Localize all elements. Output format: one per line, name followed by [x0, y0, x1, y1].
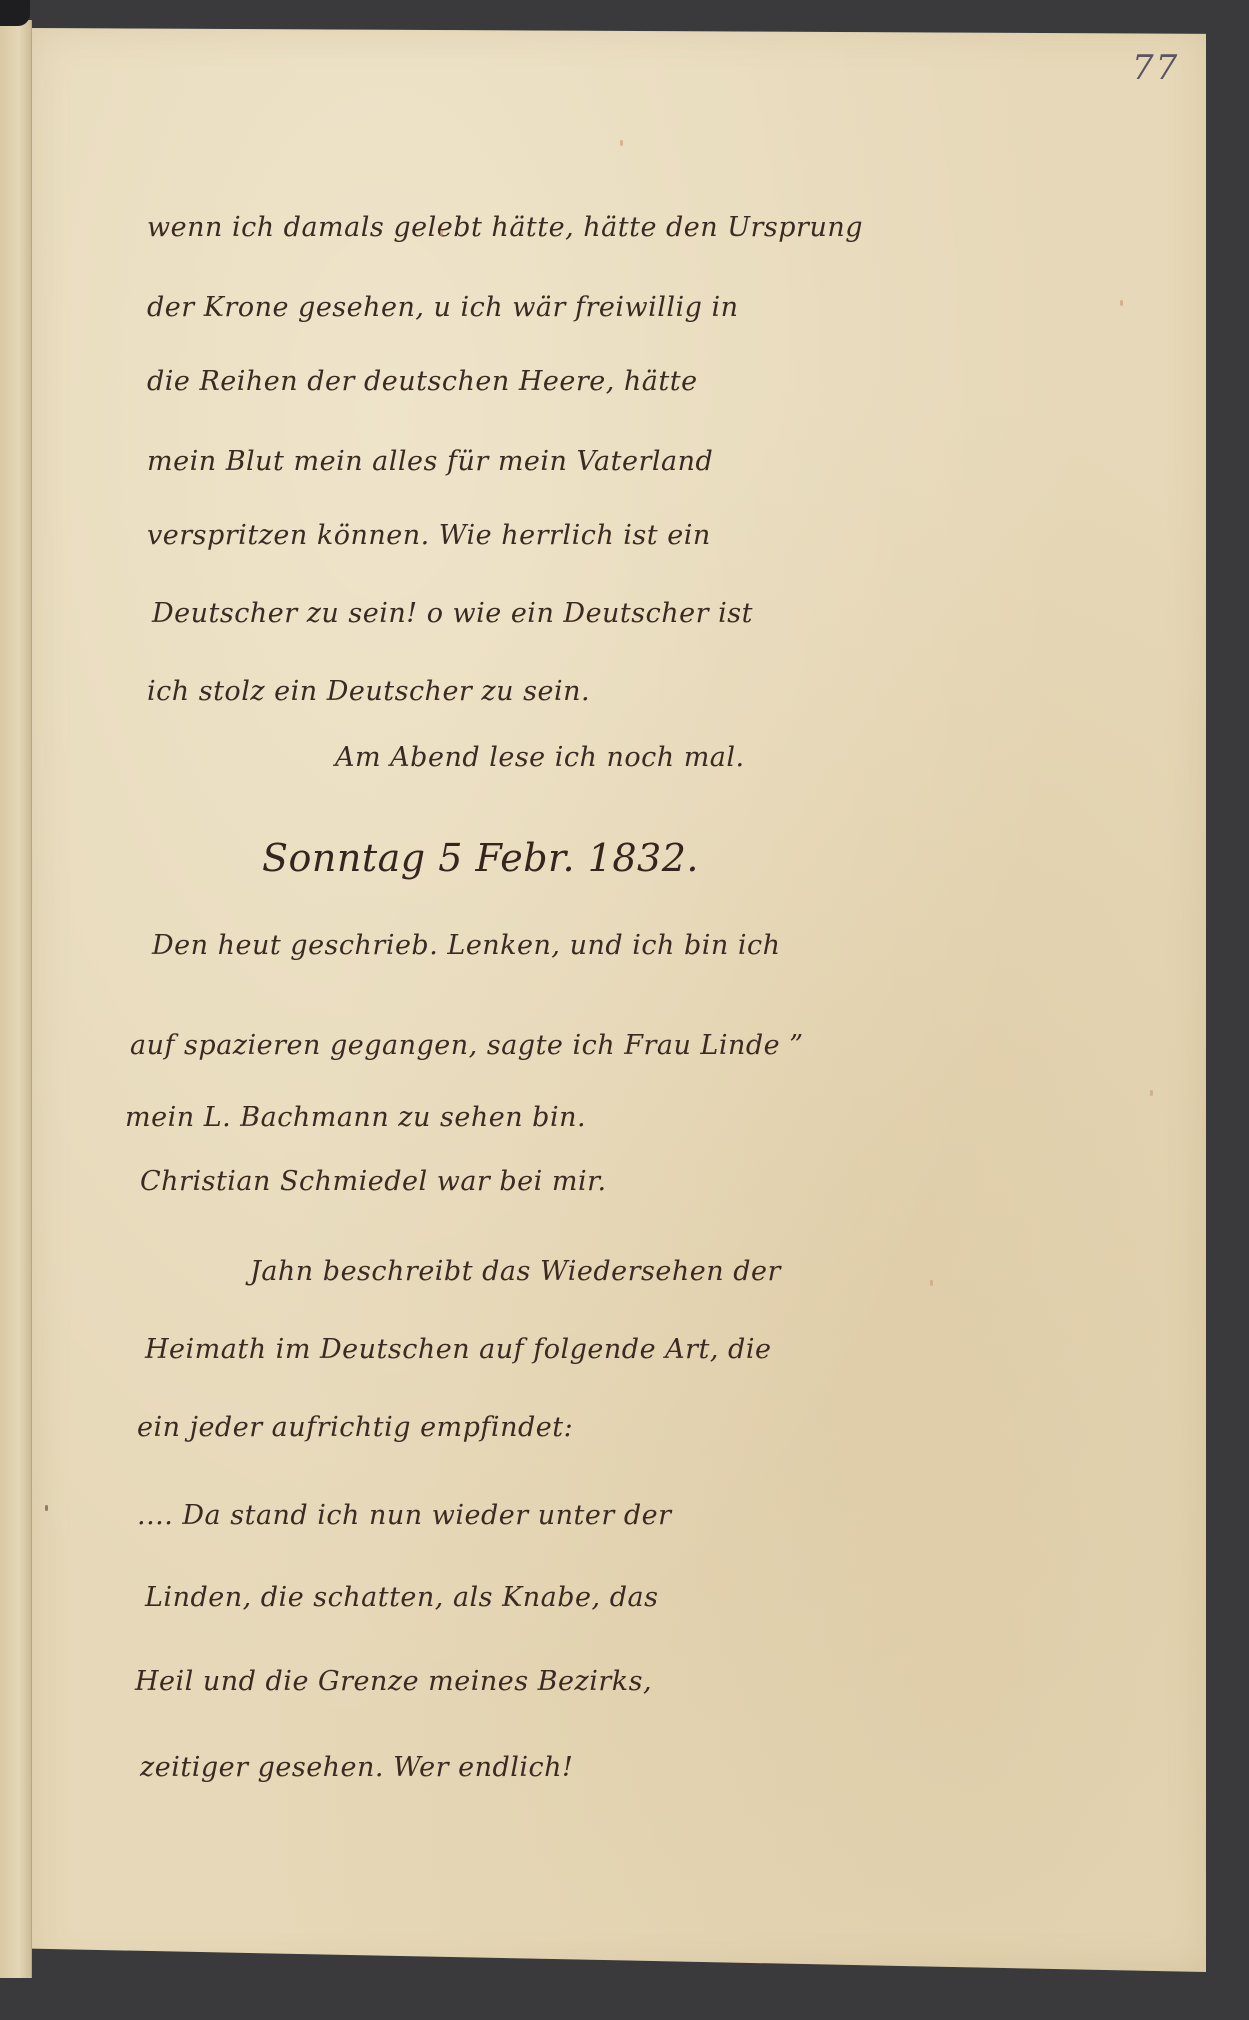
text-line: Linden, die schatten, als Knabe, das — [145, 1582, 658, 1613]
paper-fleck — [1150, 1090, 1153, 1096]
text-line: ein jeder aufrichtig empfindet: — [137, 1412, 573, 1443]
text-line: Deutscher zu sein! o wie ein Deutscher i… — [152, 598, 753, 629]
text-line: zeitiger gesehen. Wer endlich! — [140, 1752, 573, 1783]
paper-fleck — [930, 1280, 933, 1286]
facing-page-edge — [0, 20, 32, 1978]
text-line: .... Da stand ich nun wieder unter der — [137, 1500, 672, 1531]
text-line: Jahn beschreibt das Wiedersehen der — [250, 1256, 781, 1287]
text-line: der Krone gesehen, u ich wär freiwillig … — [147, 292, 739, 323]
text-line: Am Abend lese ich noch mal. — [335, 742, 745, 773]
text-line: Christian Schmiedel war bei mir. — [140, 1166, 607, 1197]
binding-shadow — [0, 0, 30, 26]
text-line: die Reihen der deutschen Heere, hätte — [147, 366, 698, 397]
paper-fleck — [45, 1505, 48, 1511]
text-line: mein Blut mein alles für mein Vaterland — [147, 446, 713, 477]
text-line: verspritzen können. Wie herrlich ist ein — [147, 520, 711, 551]
folio-number: 77 — [1132, 48, 1179, 88]
text-line: Heil und die Grenze meines Bezirks, — [135, 1666, 652, 1697]
text-line: Den heut geschrieb. Lenken, und ich bin … — [152, 930, 781, 961]
text-line: mein L. Bachmann zu sehen bin. — [125, 1102, 586, 1133]
date-heading: Sonntag 5 Febr. 1832. — [262, 836, 699, 880]
paper-fleck — [620, 140, 623, 146]
text-line: auf spazieren gegangen, sagte ich Frau L… — [130, 1030, 804, 1061]
text-line: Heimath im Deutschen auf folgende Art, d… — [145, 1334, 771, 1365]
text-line: wenn ich damals gelebt hätte, hätte den … — [147, 212, 863, 243]
paper-fleck — [440, 230, 443, 236]
text-line: ich stolz ein Deutscher zu sein. — [147, 676, 590, 707]
paper-fleck — [1120, 300, 1123, 306]
